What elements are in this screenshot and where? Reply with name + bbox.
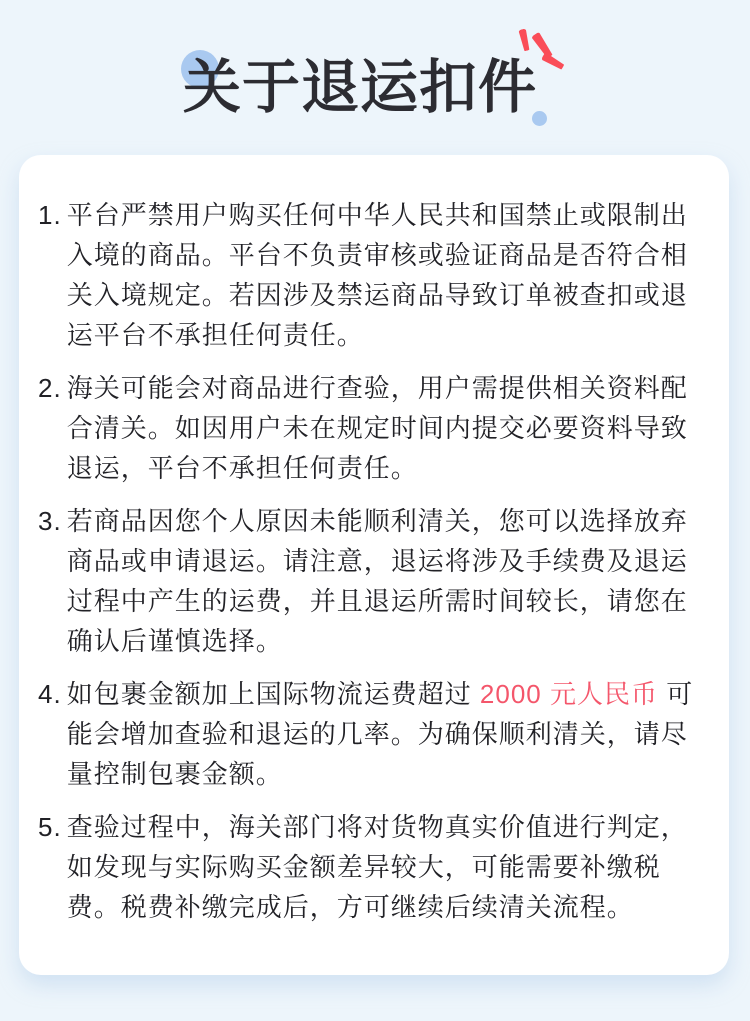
item-number: 4. bbox=[38, 674, 62, 714]
item-text: 查验过程中，海关部门将对货物真实价值进行判定，如发现与实际购买金额差异较大，可能… bbox=[67, 807, 713, 927]
item-text: 若商品因您个人原因未能顺利清关，您可以选择放弃商品或申请退运。请注意，退运将涉及… bbox=[67, 501, 713, 661]
header: 关于退运扣件 bbox=[0, 0, 750, 155]
item-text-before: 如包裹金额加上国际物流运费超过 bbox=[67, 679, 480, 709]
item-number: 3. bbox=[38, 501, 62, 541]
item-number: 2. bbox=[38, 368, 62, 408]
page-title: 关于退运扣件 bbox=[0, 0, 750, 120]
item-number: 1. bbox=[38, 195, 62, 235]
item-text: 海关可能会对商品进行查验，用户需提供相关资料配合清关。如因用户未在规定时间内提交… bbox=[67, 368, 713, 488]
notice-item-1: 1. 平台严禁用户购买任何中华人民共和国禁止或限制出入境的商品。平台不负责审核或… bbox=[38, 195, 713, 355]
item-number: 5. bbox=[38, 807, 62, 847]
item-text: 如包裹金额加上国际物流运费超过 2000 元人民币 可能会增加查验和退运的几率。… bbox=[67, 674, 713, 794]
notice-item-5: 5. 查验过程中，海关部门将对货物真实价值进行判定，如发现与实际购买金额差异较大… bbox=[38, 807, 713, 927]
notice-card: 1. 平台严禁用户购买任何中华人民共和国禁止或限制出入境的商品。平台不负责审核或… bbox=[19, 155, 729, 975]
highlight-amount: 2000 元人民币 bbox=[480, 679, 658, 709]
item-text: 平台严禁用户购买任何中华人民共和国禁止或限制出入境的商品。平台不负责审核或验证商… bbox=[67, 195, 713, 355]
page-background: 关于退运扣件 1. 平台严禁用户购买任何中华人民共和国禁止或限制出入境的商品。平… bbox=[0, 0, 750, 1021]
notice-item-3: 3. 若商品因您个人原因未能顺利清关，您可以选择放弃商品或申请退运。请注意，退运… bbox=[38, 501, 713, 661]
notice-item-4: 4. 如包裹金额加上国际物流运费超过 2000 元人民币 可能会增加查验和退运的… bbox=[38, 674, 713, 794]
notice-item-2: 2. 海关可能会对商品进行查验，用户需提供相关资料配合清关。如因用户未在规定时间… bbox=[38, 368, 713, 488]
